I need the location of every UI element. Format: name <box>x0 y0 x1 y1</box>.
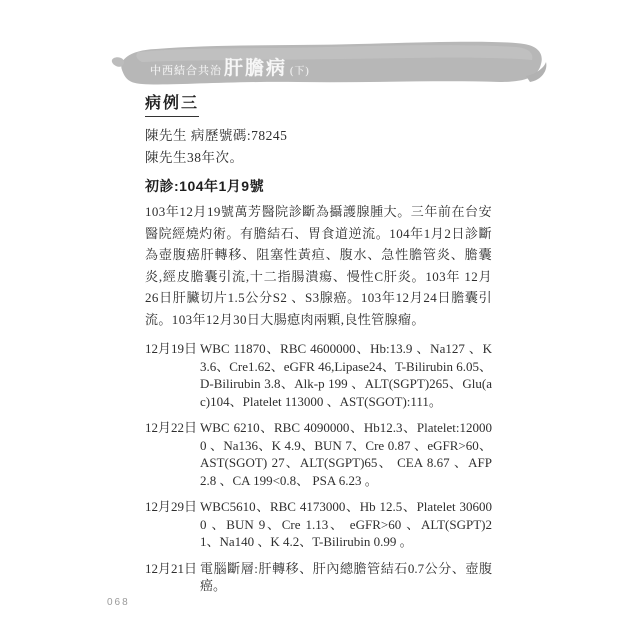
chapter-banner: 中西結合共治 肝膽病 (下) <box>108 36 548 94</box>
lab-record-date: 12月22日 <box>145 419 200 437</box>
lab-record-values: WBC 6210、RBC 4090000、Hb12.3、Platelet:120… <box>200 419 492 489</box>
case-title: 病例三 <box>145 90 199 117</box>
lab-record-date: 12月19日 <box>145 340 200 358</box>
series-title-volume: (下) <box>290 62 310 77</box>
chapter-title: 中西結合共治 肝膽病 (下) <box>150 53 310 80</box>
lab-record-row: 12月22日 WBC 6210、RBC 4090000、Hb12.3、Plate… <box>145 419 492 489</box>
patient-id-line: 陳先生 病歷號碼:78245 <box>145 125 492 147</box>
first-visit-heading: 初診:104年1月9號 <box>145 176 492 196</box>
book-page: 中西結合共治 肝膽病 (下) 病例三 陳先生 病歷號碼:78245 陳先生38年… <box>0 0 640 640</box>
lab-record-values: 電腦斷層:肝轉移、肝內總膽管結石0.7公分、壺腹癌。 <box>200 560 492 595</box>
lab-record-row: 12月29日 WBC5610、RBC 4173000、Hb 12.5、Plate… <box>145 498 492 551</box>
lab-record-row: 12月21日 電腦斷層:肝轉移、肝內總膽管結石0.7公分、壺腹癌。 <box>145 560 492 595</box>
medical-history-paragraph: 103年12月19號萬芳醫院診斷為攝護腺腫大。三年前在台安醫院經燒灼術。有膽結石… <box>145 201 492 330</box>
lab-record-values: WBC5610、RBC 4173000、Hb 12.5、Platelet 306… <box>200 498 492 551</box>
series-title-main: 肝膽病 <box>224 53 287 80</box>
lab-record-row: 12月19日 WBC 11870、RBC 4600000、Hb:13.9 、Na… <box>145 340 492 410</box>
lab-record-date: 12月21日 <box>145 560 200 578</box>
series-title-prefix: 中西結合共治 <box>150 62 222 78</box>
case-content: 病例三 陳先生 病歷號碼:78245 陳先生38年次。 初診:104年1月9號 … <box>145 90 492 604</box>
patient-birthyear-line: 陳先生38年次。 <box>145 147 492 169</box>
page-number: 068 <box>107 597 130 608</box>
lab-record-date: 12月29日 <box>145 498 200 516</box>
lab-record-values: WBC 11870、RBC 4600000、Hb:13.9 、Na127 、K3… <box>200 340 492 410</box>
